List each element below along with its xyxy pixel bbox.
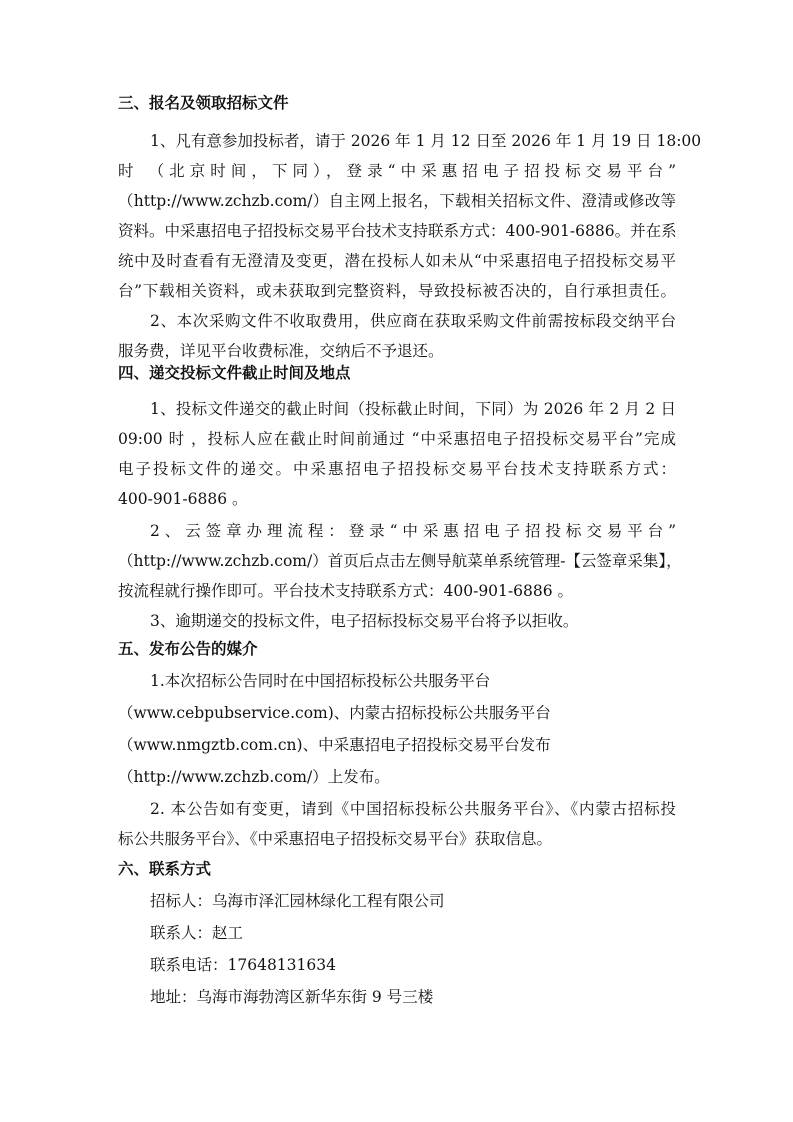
paragraph-line: （http://www.zchzb.com/）上发布。 bbox=[118, 766, 676, 788]
paragraph-line: 资料。中采惠招电子招投标交易平台技术支持联系方式：400-901-6886。并在… bbox=[118, 220, 676, 242]
paragraph-line: 标公共服务平台》、《中采惠招电子招投标交易平台》获取信息。 bbox=[118, 828, 676, 850]
section-heading-media: 五、发布公告的媒介 bbox=[118, 638, 676, 660]
paragraph-line: 1、投标文件递交的截止时间（投标截止时间，下同）为 2026 年 2 月 2 日 bbox=[118, 398, 676, 420]
paragraph-line: （www.nmgztb.com.cn)、中采惠招电子招投标交易平台发布 bbox=[118, 734, 676, 756]
paragraph-line: 电子投标文件的递交。中采惠招电子招投标交易平台技术支持联系方式： bbox=[118, 458, 676, 480]
contact-person: 联系人：赵工 bbox=[118, 922, 676, 944]
paragraph-line: 2、本次采购文件不收取费用，供应商在获取采购文件前需按标段交纳平台 bbox=[118, 310, 676, 332]
paragraph-line: （http://www.zchzb.com/）自主网上报名，下载相关招标文件、澄… bbox=[118, 190, 676, 212]
paragraph-line: 1、凡有意参加投标者，请于 2026 年 1 月 12 日至 2026 年 1 … bbox=[118, 130, 676, 152]
paragraph-line: 400-901-6886 。 bbox=[118, 488, 676, 510]
paragraph-line: 时 （北京时间，下同），登录“中采惠招电子招投标交易平台” bbox=[118, 160, 676, 182]
paragraph-line: 3、逾期递交的投标文件，电子招标投标交易平台将予以拒收。 bbox=[118, 610, 676, 632]
paragraph-line: （www.cebpubservice.com)、内蒙古招标投标公共服务平台 bbox=[118, 702, 676, 724]
paragraph-line: 1.本次招标公告同时在中国招标投标公共服务平台 bbox=[118, 670, 676, 692]
paragraph-line: （http://www.zchzb.com/）首页后点击左侧导航菜单系统管理-【… bbox=[118, 550, 676, 572]
section-heading-contact: 六、联系方式 bbox=[118, 858, 676, 880]
paragraph-line: 2、云签章办理流程：登录“中采惠招电子招投标交易平台” bbox=[118, 520, 676, 542]
paragraph-line: 统中及时查看有无澄清及变更，潜在投标人如未从“中采惠招电子招投标交易平 bbox=[118, 250, 676, 272]
section-heading-deadline: 四、递交投标文件截止时间及地点 bbox=[118, 362, 676, 384]
paragraph-line: 09:00 时 ，投标人应在截止时间前通过 “中采惠招电子招投标交易平台”完成 bbox=[118, 428, 676, 450]
contact-tenderer: 招标人：乌海市泽汇园林绿化工程有限公司 bbox=[118, 890, 676, 912]
paragraph-line: 按流程就行操作即可。平台技术支持联系方式：400-901-6886 。 bbox=[118, 580, 676, 602]
contact-phone: 联系电话：17648131634 bbox=[118, 954, 676, 976]
paragraph-line: 台”下载相关资料，或未获取到完整资料，导致投标被否决的，自行承担责任。 bbox=[118, 280, 676, 302]
contact-address: 地址：乌海市海勃湾区新华东街 9 号三楼 bbox=[118, 986, 676, 1008]
section-heading-registration: 三、报名及领取招标文件 bbox=[118, 92, 676, 114]
paragraph-line: 2. 本公告如有变更，请到《中国招标投标公共服务平台》、《内蒙古招标投 bbox=[118, 798, 676, 820]
paragraph-line: 服务费，详见平台收费标准，交纳后不予退还。 bbox=[118, 340, 676, 362]
